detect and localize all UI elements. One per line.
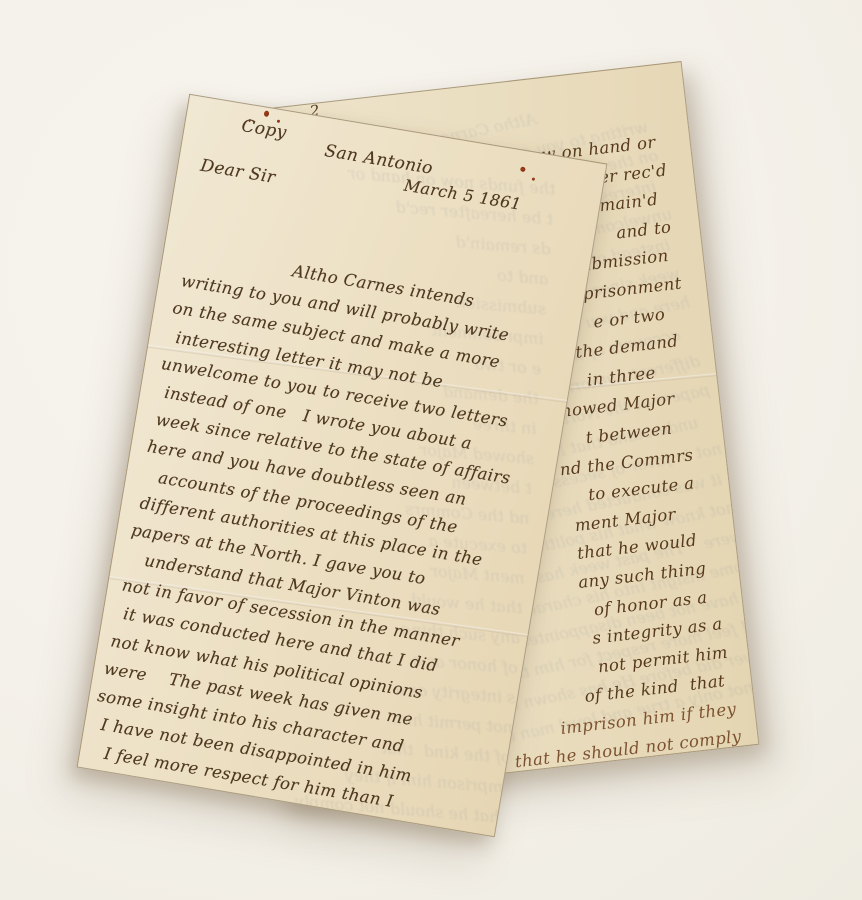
place-line: San Antonio [323, 141, 434, 179]
ink-spot [520, 166, 526, 172]
photo-background: Altho Carnes intendswriting to you and w… [0, 0, 862, 900]
ink-spot [264, 110, 270, 117]
copy-label: Copy [240, 116, 288, 143]
salutation: Dear Sir [199, 156, 277, 188]
ink-spot [532, 177, 535, 180]
date-line: March 5 1861 [403, 176, 523, 214]
